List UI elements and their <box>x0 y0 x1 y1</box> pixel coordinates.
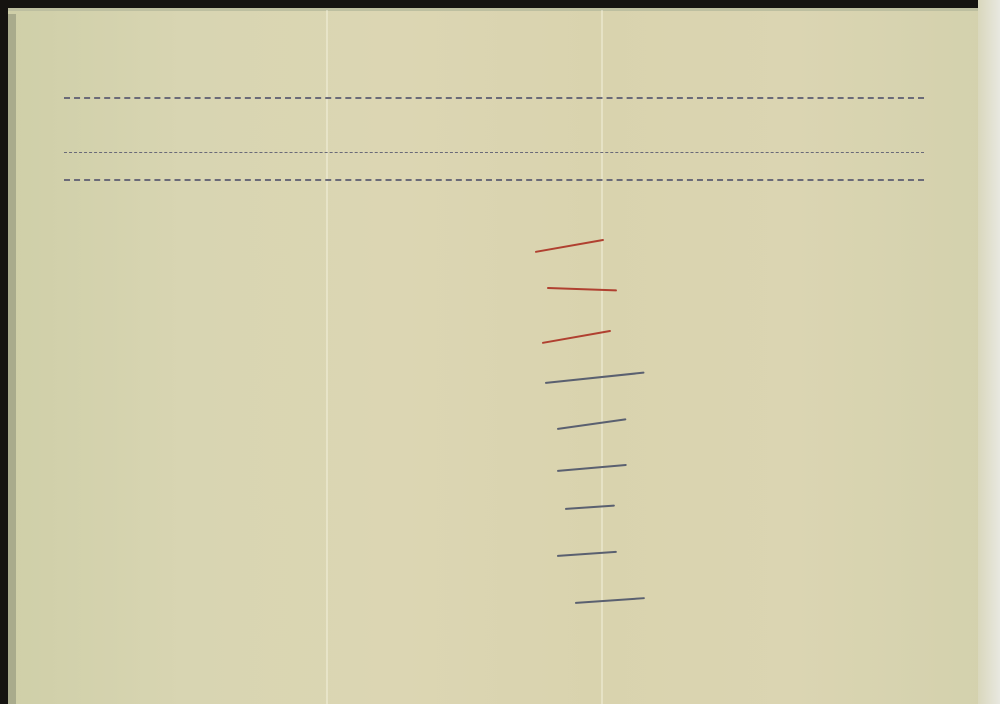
divider <box>64 152 924 153</box>
page-edge <box>8 14 16 704</box>
divider <box>64 97 924 99</box>
page-edge-right <box>978 0 1000 704</box>
fold-line <box>326 10 328 704</box>
document-page <box>8 8 992 704</box>
divider <box>64 179 924 181</box>
